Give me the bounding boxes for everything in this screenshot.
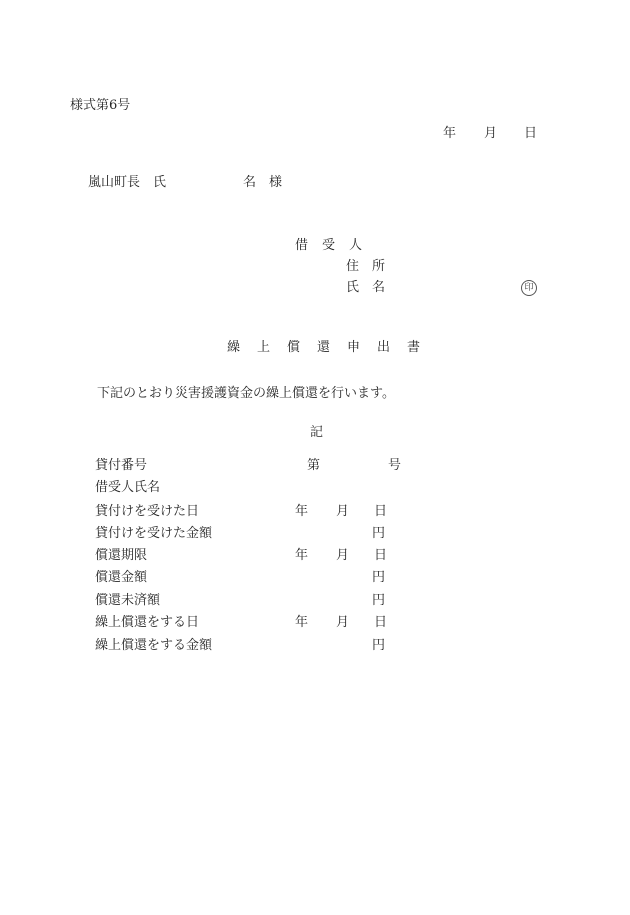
field-label: 貸付番号: [95, 457, 147, 475]
field-row-early-repayment-amount: 繰上償還をする金額 円: [0, 637, 630, 655]
number-prefix-label: 第: [307, 457, 320, 475]
date-line: 年 月 日: [0, 125, 630, 143]
note-heading: 記: [310, 424, 323, 442]
month-unit-label: 月: [336, 614, 349, 632]
borrower-name-label: 氏名: [346, 279, 398, 297]
field-label: 償還期限: [95, 547, 147, 565]
day-unit-label: 日: [374, 547, 387, 565]
field-row-early-repayment-date: 繰上償還をする日 年 月 日: [0, 614, 630, 632]
document-page: 様式第6号 年 月 日 嵐山町長 氏 名 様 借受人 住所 氏名 印 繰上償還申…: [0, 0, 630, 915]
addressee-line: 嵐山町長 氏 名 様: [0, 174, 630, 192]
yen-unit-label: 円: [372, 592, 385, 610]
day-unit-label: 日: [374, 503, 387, 521]
field-row-loan-number: 貸付番号 第 号: [0, 457, 630, 475]
field-row-borrower-name: 借受人氏名: [0, 479, 630, 497]
field-label: 貸付けを受けた金額: [95, 525, 212, 543]
field-label: 繰上償還をする金額: [95, 637, 212, 655]
borrower-heading: 借受人: [295, 237, 376, 255]
day-unit-label: 日: [524, 125, 537, 143]
month-unit-label: 月: [484, 125, 497, 143]
year-unit-label: 年: [295, 547, 308, 565]
field-row-outstanding-amount: 償還未済額 円: [0, 592, 630, 610]
day-unit-label: 日: [374, 614, 387, 632]
body-text: 下記のとおり災害援護資金の繰上償還を行います。: [97, 385, 395, 403]
year-unit-label: 年: [443, 125, 456, 143]
document-title: 繰上償還申出書: [227, 339, 437, 357]
field-label: 繰上償還をする日: [95, 614, 199, 632]
borrower-address-label: 住所: [346, 258, 398, 276]
year-unit-label: 年: [295, 614, 308, 632]
addressee-prefix: 嵐山町長 氏: [88, 174, 166, 192]
field-label: 貸付けを受けた日: [95, 503, 199, 521]
year-unit-label: 年: [295, 503, 308, 521]
number-suffix-label: 号: [388, 457, 401, 475]
field-row-repayment-deadline: 償還期限 年 月 日: [0, 547, 630, 565]
month-unit-label: 月: [336, 503, 349, 521]
field-label: 償還未済額: [95, 592, 160, 610]
yen-unit-label: 円: [372, 637, 385, 655]
month-unit-label: 月: [336, 547, 349, 565]
field-label: 借受人氏名: [95, 479, 160, 497]
field-row-loan-date: 貸付けを受けた日 年 月 日: [0, 503, 630, 521]
form-number: 様式第6号: [70, 97, 130, 115]
yen-unit-label: 円: [372, 569, 385, 587]
seal-mark-icon: 印: [521, 280, 537, 296]
field-label: 償還金額: [95, 569, 147, 587]
yen-unit-label: 円: [372, 525, 385, 543]
addressee-suffix: 名 様: [243, 174, 282, 192]
field-row-repayment-amount: 償還金額 円: [0, 569, 630, 587]
field-row-loan-amount: 貸付けを受けた金額 円: [0, 525, 630, 543]
